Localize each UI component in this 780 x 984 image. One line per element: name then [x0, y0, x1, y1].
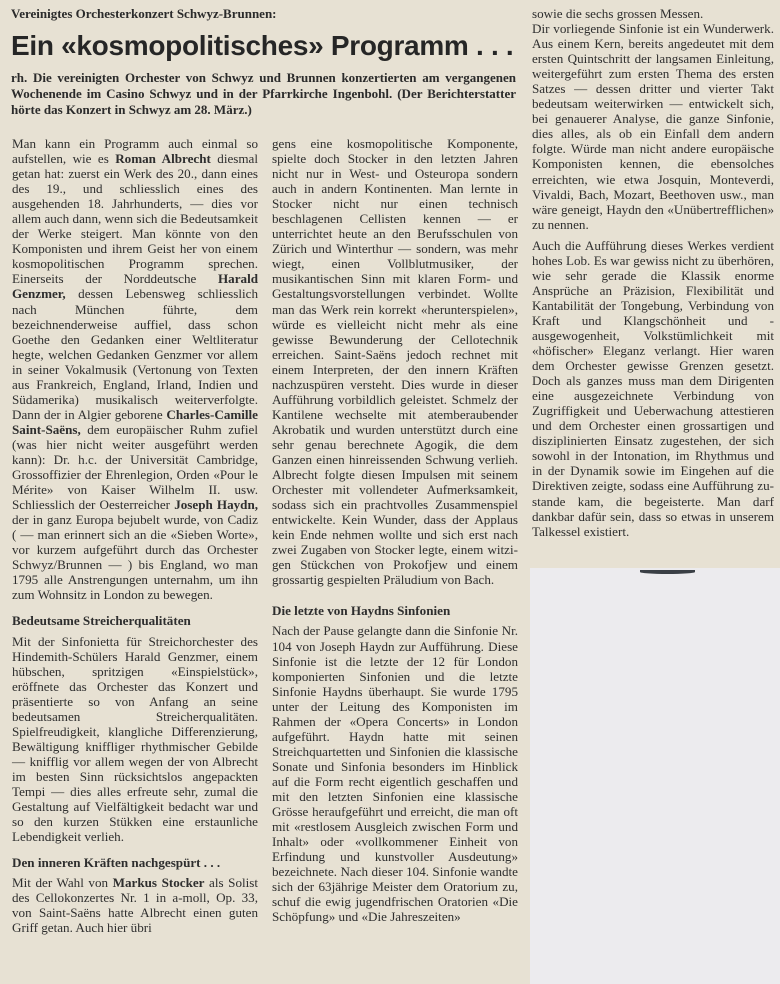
paragraph: Nach der Pause gelangte dann die Sinfo­n… [272, 623, 518, 924]
column-3: sowie die sechs grossen Messen. Dir vorl… [532, 6, 774, 539]
paragraph: gens eine kosmopolitische Komponente, sp… [272, 136, 518, 587]
torn-edge-mark [640, 570, 695, 574]
text: dies­mal getan hat: zuerst ein Werk des … [12, 151, 258, 286]
subheading: Bedeutsame Streicherqualitäten [12, 613, 258, 628]
column-1: Man kann ein Programm auch einmal so auf… [12, 136, 258, 935]
paragraph: sowie die sechs grossen Messen. [532, 6, 774, 21]
paragraph: Mit der Sinfonietta für Streichorchester… [12, 634, 258, 845]
paragraph: Dir vorliegende Sinfonie ist ein Wunder­… [532, 21, 774, 232]
paragraph: Auch die Aufführung dieses Werkes ver­di… [532, 238, 774, 539]
text: der in ganz Europa bejubelt wurde, von C… [12, 512, 258, 602]
column-2: gens eine kosmopolitische Komponente, sp… [272, 136, 518, 924]
article-kicker: Vereinigtes Orchesterkonzert Schwyz-Brun… [11, 6, 277, 22]
paragraph: Man kann ein Programm auch einmal so auf… [12, 136, 258, 602]
subheading: Den inneren Kräften nachgespürt . . . [12, 855, 258, 870]
person-name: Roman Albrecht [115, 151, 211, 166]
article-lead: rh. Die vereinigten Orchester von Schwyz… [11, 70, 516, 117]
newspaper-clipping: Vereinigtes Orchesterkonzert Schwyz-Brun… [0, 0, 780, 984]
person-name: Joseph Haydn, [174, 497, 258, 512]
person-name: Markus Stocker [113, 875, 205, 890]
blank-paper-region [530, 568, 780, 984]
text: dessen Le­bensweg schliesslich nach Münc… [12, 286, 258, 421]
article-headline: Ein «kosmopolitisches» Programm . . . [11, 30, 521, 62]
paragraph: Mit der Wahl von Markus Stocker als Soli… [12, 875, 258, 935]
text: Mit der Wahl von [12, 875, 113, 890]
subheading: Die letzte von Haydns Sinfonien [272, 603, 518, 618]
